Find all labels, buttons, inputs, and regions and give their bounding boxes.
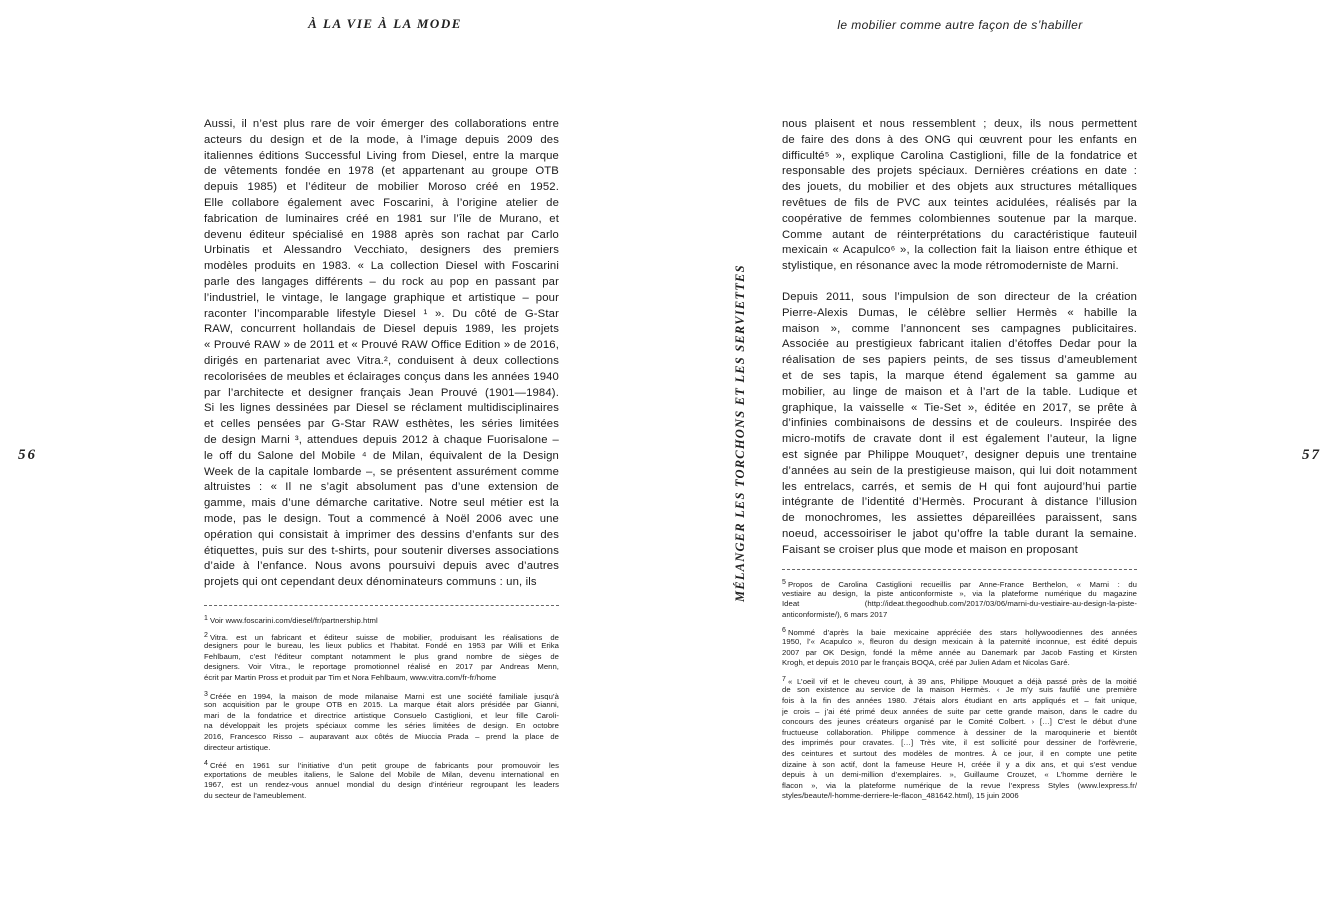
footnote-text: 1967, est un rendez-vous annuel mondial … bbox=[204, 780, 559, 789]
text-line: Elle collabore également avec Foscarini,… bbox=[204, 196, 559, 212]
text-line: réalisation de ses papiers peints, de se… bbox=[782, 353, 1137, 369]
text-line: noeud, accessoiriser le jabot qu’offre l… bbox=[782, 527, 1137, 543]
footnote-text: na développait les projets spéciaux comm… bbox=[204, 721, 559, 730]
text-line: intégrante de l’identité d’Hermès. Procu… bbox=[782, 495, 1137, 511]
text-line: d’années au sein de la prestigieuse mais… bbox=[782, 464, 1137, 480]
text-line: fabrication de luminaires créé en 1981 s… bbox=[204, 212, 559, 228]
footnote-line: designers pour le bureau, les lieux publ… bbox=[204, 641, 559, 652]
text-line: mobilier, au linge de maison et à l’art … bbox=[782, 385, 1137, 401]
footnote-line: depuis à un demi-million d’exemplaires. … bbox=[782, 770, 1137, 781]
text-line: Comme autant de réinterprétations du car… bbox=[782, 228, 1137, 244]
running-head-left: À LA VIE À LA MODE bbox=[200, 16, 570, 32]
footnote-line: 5Propos de Carolina Castiglioni recueill… bbox=[782, 578, 1137, 589]
running-head-right: le mobilier comme autre façon de s’habil… bbox=[780, 18, 1140, 32]
text-line: de monochromes, les assiettes dépareillé… bbox=[782, 511, 1137, 527]
footnote-line: du secteur de l’ameublement. bbox=[204, 791, 559, 802]
page-number-right: 57 bbox=[1302, 447, 1321, 464]
text-line: et celles pensées par G-Star RAW esthète… bbox=[204, 417, 559, 433]
footnote-line: écrit par Martin Pross et produit par Ti… bbox=[204, 673, 559, 684]
footnote-text: « L’oeil vif et le cheveu court, à 39 an… bbox=[788, 677, 1137, 686]
footnote-line: vestiaire au design, la piste anticonfor… bbox=[782, 589, 1137, 600]
footnote-line: 7« L’oeil vif et le cheveu court, à 39 a… bbox=[782, 675, 1137, 686]
footnote-text: designers pour le bureau, les lieux publ… bbox=[204, 641, 559, 650]
text-line: micro-motifs de cravate dont il est égal… bbox=[782, 432, 1137, 448]
footnote-text: écrit par Martin Pross et produit par Ti… bbox=[204, 673, 496, 682]
footnote-text: vestiaire au design, la piste anticonfor… bbox=[782, 589, 1137, 598]
text-line: difficulté⁵ », explique Carolina Castigl… bbox=[782, 149, 1137, 165]
footnote-text: Vitra. est un fabricant et éditeur suiss… bbox=[210, 633, 559, 642]
footnote: 7« L’oeil vif et le cheveu court, à 39 a… bbox=[782, 675, 1137, 802]
text-line: graphique, la vaisselle « Tie-Set », édi… bbox=[782, 401, 1137, 417]
footnote-text: 1950, l’« Acapulco », fleuron du design … bbox=[782, 637, 1137, 646]
footnote-text: de son existence au service de la maison… bbox=[782, 685, 1137, 694]
footnote: 6Nommé d’après la baie mexicaine appréci… bbox=[782, 626, 1137, 668]
footnote-separator bbox=[782, 569, 1137, 570]
text-line: mode, pas le design. Tout a commencé à N… bbox=[204, 512, 559, 528]
footnote-text: styles/beaute/l-homme-derriere-le-flacon… bbox=[782, 791, 1019, 800]
text-line: altruistes : « Il ne s’agit absolument p… bbox=[204, 480, 559, 496]
footnote: 2Vitra. est un fabricant et éditeur suis… bbox=[204, 631, 559, 684]
footnote-text: Krogh, et depuis 2010 par le français BO… bbox=[782, 658, 1070, 667]
footnote-text: anticonformiste/), 6 mars 2017 bbox=[782, 610, 887, 619]
left-page-body: Aussi, il n’est plus rare de voir émerge… bbox=[204, 117, 559, 591]
footnote-line: des ceintures et surtout des modèles de … bbox=[782, 749, 1137, 760]
footnote-line: fructueuse collaboration. Philippe comme… bbox=[782, 728, 1137, 739]
footnote-line: 3Créée en 1994, la maison de mode milana… bbox=[204, 690, 559, 701]
footnote-separator bbox=[204, 605, 559, 606]
footnote-number: 4 bbox=[204, 760, 208, 767]
text-line: « Prouvé RAW » de 2011 et « Prouvé RAW O… bbox=[204, 338, 559, 354]
text-line: Week de la capitale lombarde –, se prése… bbox=[204, 465, 559, 481]
text-line: l’industriel, le vintage, le langage gra… bbox=[204, 291, 559, 307]
paragraph-2: Depuis 2011, sous l’impulsion de son dir… bbox=[782, 290, 1137, 559]
footnote-line: son acquisition par le groupe OTB en 201… bbox=[204, 700, 559, 711]
footnote-text: Propos de Carolina Castiglioni recueilli… bbox=[788, 580, 1137, 589]
footnote-text: Ideat (http://ideat.thegoodhub.com/2017/… bbox=[782, 599, 1137, 608]
vertical-section-title: MÉLANGER LES TORCHONS ET LES SERVIETTES bbox=[733, 264, 748, 602]
footnote: 1Voir www.foscarini.com/diesel/fr/partne… bbox=[204, 614, 559, 625]
footnote-text: Nommé d’après la baie mexicaine apprécié… bbox=[788, 628, 1137, 637]
footnote-line: exportations de meubles italiens, le Sal… bbox=[204, 770, 559, 781]
right-page-footnotes: 5Propos de Carolina Castiglioni recueill… bbox=[782, 569, 1137, 808]
text-line: nous plaisent et nous ressemblent ; deux… bbox=[782, 117, 1137, 133]
text-line: responsable des projets spéciaux. Derniè… bbox=[782, 164, 1137, 180]
footnote-text: du secteur de l’ameublement. bbox=[204, 791, 306, 800]
text-line: devenu éditeur spécialisé en 1988 après … bbox=[204, 228, 559, 244]
footnote: 5Propos de Carolina Castiglioni recueill… bbox=[782, 578, 1137, 620]
footnote-line: 1967, est un rendez-vous annuel mondial … bbox=[204, 780, 559, 791]
footnote-line: 1950, l’« Acapulco », fleuron du design … bbox=[782, 637, 1137, 648]
footnote-line: de son existence au service de la maison… bbox=[782, 685, 1137, 696]
text-line: modèles produits en 1983. « La collectio… bbox=[204, 259, 559, 275]
footnote-number: 6 bbox=[782, 627, 786, 634]
footnote-number: 3 bbox=[204, 691, 208, 698]
footnote-line: Fehlbaum, c’est l’éditeur comptant notam… bbox=[204, 652, 559, 663]
page-number-left: 56 bbox=[18, 447, 37, 464]
footnote-text: Fehlbaum, c’est l’éditeur comptant notam… bbox=[204, 652, 559, 661]
text-line: Associée au prestigieux fabricant italie… bbox=[782, 337, 1137, 353]
footnote-text: flacon », via la plateforme numérique de… bbox=[782, 781, 1137, 790]
footnote-text: concours des jeunes créateurs organisé p… bbox=[782, 717, 1137, 726]
footnote-line: 2007 par OK Design, fondé la même année … bbox=[782, 648, 1137, 659]
text-line: Aussi, il n’est plus rare de voir émerge… bbox=[204, 117, 559, 133]
footnote-text: Voir www.foscarini.com/diesel/fr/partner… bbox=[210, 616, 378, 625]
footnote-text: des ceintures et surtout des modèles de … bbox=[782, 749, 1137, 758]
footnote-text: des imprimés pour cravates. […] Très vit… bbox=[782, 738, 1137, 747]
footnote-line: designers. Voir Vitra., le reportage pro… bbox=[204, 662, 559, 673]
text-line: mexicain « Acapulco⁶ », la collection fa… bbox=[782, 243, 1137, 259]
footnote-line: Ideat (http://ideat.thegoodhub.com/2017/… bbox=[782, 599, 1137, 610]
footnote-text: je crois – j’ai été primé deux années de… bbox=[782, 707, 1137, 716]
text-line: le off du Salone del Mobile ⁴ de Milan, … bbox=[204, 449, 559, 465]
text-line: RAW, concurrent hollandais de Diesel dep… bbox=[204, 322, 559, 338]
footnote-line: styles/beaute/l-homme-derriere-le-flacon… bbox=[782, 791, 1137, 802]
footnote-text: Créé en 1961 sur l’initiative d’un petit… bbox=[210, 761, 559, 770]
text-line: Si les lignes dessinées par Diesel se ré… bbox=[204, 401, 559, 417]
footnote-line: dizaine à son actif, dont la fameuse Heu… bbox=[782, 760, 1137, 771]
footnote-text: 2016, Francesco Risso – auparavant aux c… bbox=[204, 732, 559, 741]
text-line: Faisant se croiser plus que mode et mais… bbox=[782, 543, 1137, 559]
text-line: d’aide à l’enfance. Nous avons poursuivi… bbox=[204, 559, 559, 575]
text-line: coopérative de femmes colombiennes soute… bbox=[782, 212, 1137, 228]
footnote-line: je crois – j’ai été primé deux années de… bbox=[782, 707, 1137, 718]
footnote-line: des imprimés pour cravates. […] Très vit… bbox=[782, 738, 1137, 749]
text-line: d’infinies combinaisons de dessins et de… bbox=[782, 416, 1137, 432]
footnote-text: fois à la fin des années 1980. J’étais a… bbox=[782, 696, 1137, 705]
text-line: recolorisées de meubles et éclairages co… bbox=[204, 370, 559, 386]
footnote-number: 2 bbox=[204, 632, 208, 639]
text-line: par l’architecte et designer français Je… bbox=[204, 386, 559, 402]
footnote-line: fois à la fin des années 1980. J’étais a… bbox=[782, 696, 1137, 707]
text-line: revêtues de fils de PVC aux teintes acid… bbox=[782, 196, 1137, 212]
footnote-text: designers. Voir Vitra., le reportage pro… bbox=[204, 662, 559, 671]
footnote-text: depuis à un demi-million d’exemplaires. … bbox=[782, 770, 1137, 779]
text-line: étiquettes, puis sur des t-shirts, pour … bbox=[204, 544, 559, 560]
footnote: 3Créée en 1994, la maison de mode milana… bbox=[204, 690, 559, 754]
left-page-footnotes: 1Voir www.foscarini.com/diesel/fr/partne… bbox=[204, 605, 559, 808]
text-line: les entrelacs, carrés, et semis de H qui… bbox=[782, 480, 1137, 496]
footnote-number: 1 bbox=[204, 615, 208, 622]
text-line: Depuis 2011, sous l’impulsion de son dir… bbox=[782, 290, 1137, 306]
text-line: de design Marni ³, attendues depuis 2012… bbox=[204, 433, 559, 449]
paragraph-1: nous plaisent et nous ressemblent ; deux… bbox=[782, 117, 1137, 275]
text-line: de faire des dons à des ONG qui œuvrent … bbox=[782, 133, 1137, 149]
footnote-line: flacon », via la plateforme numérique de… bbox=[782, 781, 1137, 792]
text-line: Urbinatis et Alessandro Vecchiato, desig… bbox=[204, 243, 559, 259]
text-line: projets qui ont cependant deux dénominat… bbox=[204, 575, 559, 591]
text-line: gamme, mais d’une démarche caritative. N… bbox=[204, 496, 559, 512]
footnote-text: 2007 par OK Design, fondé la même année … bbox=[782, 648, 1137, 657]
text-line: des jouets, du mobilier et des objets au… bbox=[782, 180, 1137, 196]
text-line: acteurs du design et de la mode, à l’ima… bbox=[204, 133, 559, 149]
footnote-text: fructueuse collaboration. Philippe comme… bbox=[782, 728, 1137, 737]
footnote-line: 6Nommé d’après la baie mexicaine appréci… bbox=[782, 626, 1137, 637]
footnote-line: directeur artistique. bbox=[204, 743, 559, 754]
footnote-text: dizaine à son actif, dont la fameuse Heu… bbox=[782, 760, 1137, 769]
footnote-line: concours des jeunes créateurs organisé p… bbox=[782, 717, 1137, 728]
text-line: est signée par Philippe Mouquet⁷, design… bbox=[782, 448, 1137, 464]
text-line: raconter l’incomparable lifestyle Diesel… bbox=[204, 307, 559, 323]
footnote-line: 2016, Francesco Risso – auparavant aux c… bbox=[204, 732, 559, 743]
footnote-text: exportations de meubles italiens, le Sal… bbox=[204, 770, 559, 779]
footnote-text: mari de la fondatrice et directrice arti… bbox=[204, 711, 559, 720]
text-line: Pierre-Alexis Dumas, le célèbre sellier … bbox=[782, 306, 1137, 322]
text-line: de vêtements fondée en 1978 (et apparten… bbox=[204, 164, 559, 180]
right-page-body: nous plaisent et nous ressemblent ; deux… bbox=[782, 117, 1137, 559]
footnote-text: directeur artistique. bbox=[204, 743, 270, 752]
text-line: parle des langages différents – du rock … bbox=[204, 275, 559, 291]
footnote-text: son acquisition par le groupe OTB en 201… bbox=[204, 700, 559, 709]
footnote-line: mari de la fondatrice et directrice arti… bbox=[204, 711, 559, 722]
text-line: italiennes éditions Successful Living fr… bbox=[204, 149, 559, 165]
footnote-number: 5 bbox=[782, 579, 786, 586]
text-line: depuis 1985) et l’éditeur de mobilier Mo… bbox=[204, 180, 559, 196]
footnote-line: Krogh, et depuis 2010 par le français BO… bbox=[782, 658, 1137, 669]
footnote-text: Créée en 1994, la maison de mode milanai… bbox=[210, 692, 559, 701]
text-line: maison », comme l’annoncent ses campagne… bbox=[782, 322, 1137, 338]
footnote: 4Créé en 1961 sur l’initiative d’un peti… bbox=[204, 759, 559, 801]
footnote-line: 1Voir www.foscarini.com/diesel/fr/partne… bbox=[204, 614, 559, 625]
footnote-line: anticonformiste/), 6 mars 2017 bbox=[782, 610, 1137, 621]
footnote-line: 4Créé en 1961 sur l’initiative d’un peti… bbox=[204, 759, 559, 770]
text-line: dirigés en partenariat avec Vitra.², con… bbox=[204, 354, 559, 370]
footnote-line: 2Vitra. est un fabricant et éditeur suis… bbox=[204, 631, 559, 642]
footnote-line: na développait les projets spéciaux comm… bbox=[204, 721, 559, 732]
text-line: opération qui consistait à imprimer des … bbox=[204, 528, 559, 544]
footnote-number: 7 bbox=[782, 676, 786, 683]
text-line: stylistique, en résonance avec la mode r… bbox=[782, 259, 1137, 275]
text-line: et de ses tapis, la marque étend égaleme… bbox=[782, 369, 1137, 385]
